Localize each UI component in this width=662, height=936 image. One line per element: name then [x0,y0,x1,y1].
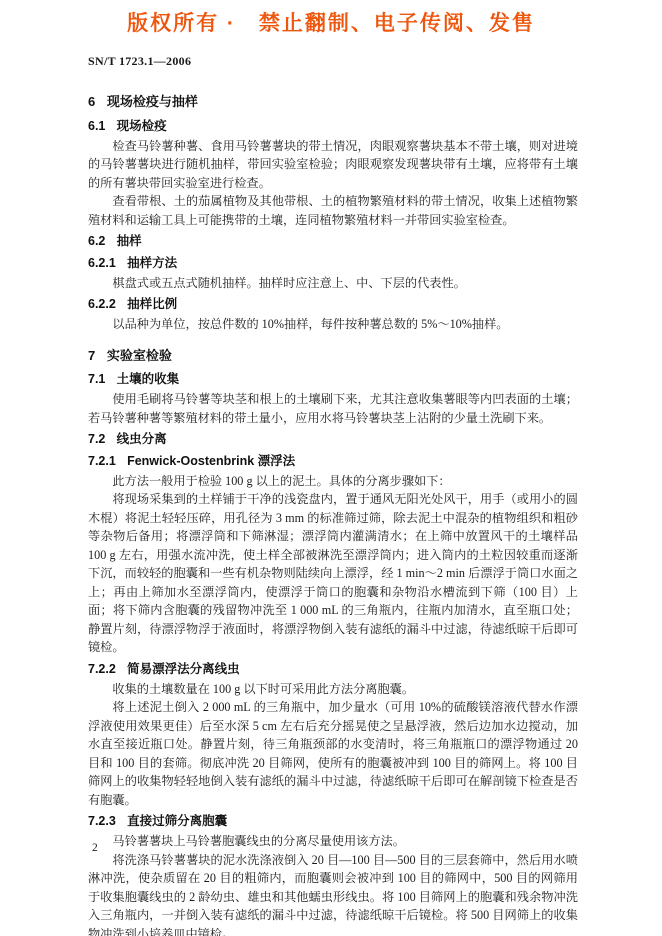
section-title: 简易漂浮法分离线虫 [127,662,240,676]
section-title: 线虫分离 [117,432,167,446]
paragraph: 将洗涤马铃薯薯块的泥水洗涤液倒入 20 目—100 目—500 目的三层套筛中，… [88,851,578,936]
section-heading-6-2-2: 6.2.2抽样比例 [88,295,578,314]
section-title: 抽样方法 [127,256,177,270]
section-number: 7.1 [88,372,105,386]
paragraph: 查看带根、土的茄属植物及其他带根、土的植物繁殖材料的带土情况，收集上述植物繁殖材… [88,192,578,229]
page-number: 2 [92,842,98,854]
paragraph: 将上述泥土倒入 2 000 mL 的三角瓶中，加少量水（可用 10%的硫酸镁溶液… [88,698,578,809]
copyright-watermark: 版权所有 · 禁止翻制、电子传阅、发售 [0,7,662,37]
section-title: 抽样 [117,234,142,248]
paragraph: 以品种为单位，按总件数的 10%抽样，每件按种薯总数的 5%～10%抽样。 [88,315,578,334]
paragraph: 此方法一般用于检验 100 g 以上的泥土。具体的分离步骤如下： [88,472,578,491]
section-heading-7-2-2: 7.2.2简易漂浮法分离线虫 [88,660,578,679]
section-number: 7.2.3 [88,814,116,828]
document-page: 版权所有 · 禁止翻制、电子传阅、发售 SN/T 1723.1—2006 6现场… [0,0,662,936]
section-title: 现场检疫 [117,119,167,133]
document-body: 6现场检疫与抽样 6.1现场检疫 检查马铃薯种薯、食用马铃薯薯块的带土情况，肉眼… [88,93,578,936]
section-heading-7-2-3: 7.2.3直接过筛分离胞囊 [88,812,578,831]
section-number: 6.2 [88,234,105,248]
paragraph: 收集的土壤数量在 100 g 以下时可采用此方法分离胞囊。 [88,680,578,699]
section-heading-6-1: 6.1现场检疫 [88,117,578,136]
section-number: 7.2 [88,432,105,446]
section-title: 土壤的收集 [117,372,180,386]
standard-number: SN/T 1723.1—2006 [88,54,662,69]
section-heading-6-2: 6.2抽样 [88,232,578,251]
section-heading-6: 6现场检疫与抽样 [88,93,578,112]
paragraph: 马铃薯薯块上马铃薯胞囊线虫的分离尽量使用该方法。 [88,832,578,851]
section-number: 7.2.2 [88,662,116,676]
section-heading-7-2-1: 7.2.1Fenwick-Oostenbrink 漂浮法 [88,452,578,471]
section-title: 抽样比例 [127,297,177,311]
section-title: 实验室检验 [107,348,172,363]
section-number: 7 [88,348,95,363]
section-heading-7: 7实验室检验 [88,347,578,366]
section-title: 直接过筛分离胞囊 [127,814,227,828]
section-heading-7-1: 7.1土壤的收集 [88,370,578,389]
section-title: 现场检疫与抽样 [107,94,198,109]
paragraph: 棋盘式或五点式随机抽样。抽样时应注意上、中、下层的代表性。 [88,274,578,293]
section-heading-6-2-1: 6.2.1抽样方法 [88,254,578,273]
section-number: 7.2.1 [88,454,116,468]
section-number: 6.1 [88,119,105,133]
section-heading-7-2: 7.2线虫分离 [88,430,578,449]
paragraph: 将现场采集到的土样铺于干净的浅瓷盘内，置于通风无阳光处风干，用手（或用小的圆木棍… [88,490,578,657]
section-number: 6.2.2 [88,297,116,311]
section-number: 6.2.1 [88,256,116,270]
section-number: 6 [88,94,95,109]
paragraph: 检查马铃薯种薯、食用马铃薯薯块的带土情况，肉眼观察薯块基本不带土壤，则对进境的马… [88,137,578,193]
paragraph: 使用毛刷将马铃薯等块茎和根上的土壤刷下来，尤其注意收集薯眼等内凹表面的土壤；若马… [88,390,578,427]
section-title: Fenwick-Oostenbrink 漂浮法 [127,454,295,468]
